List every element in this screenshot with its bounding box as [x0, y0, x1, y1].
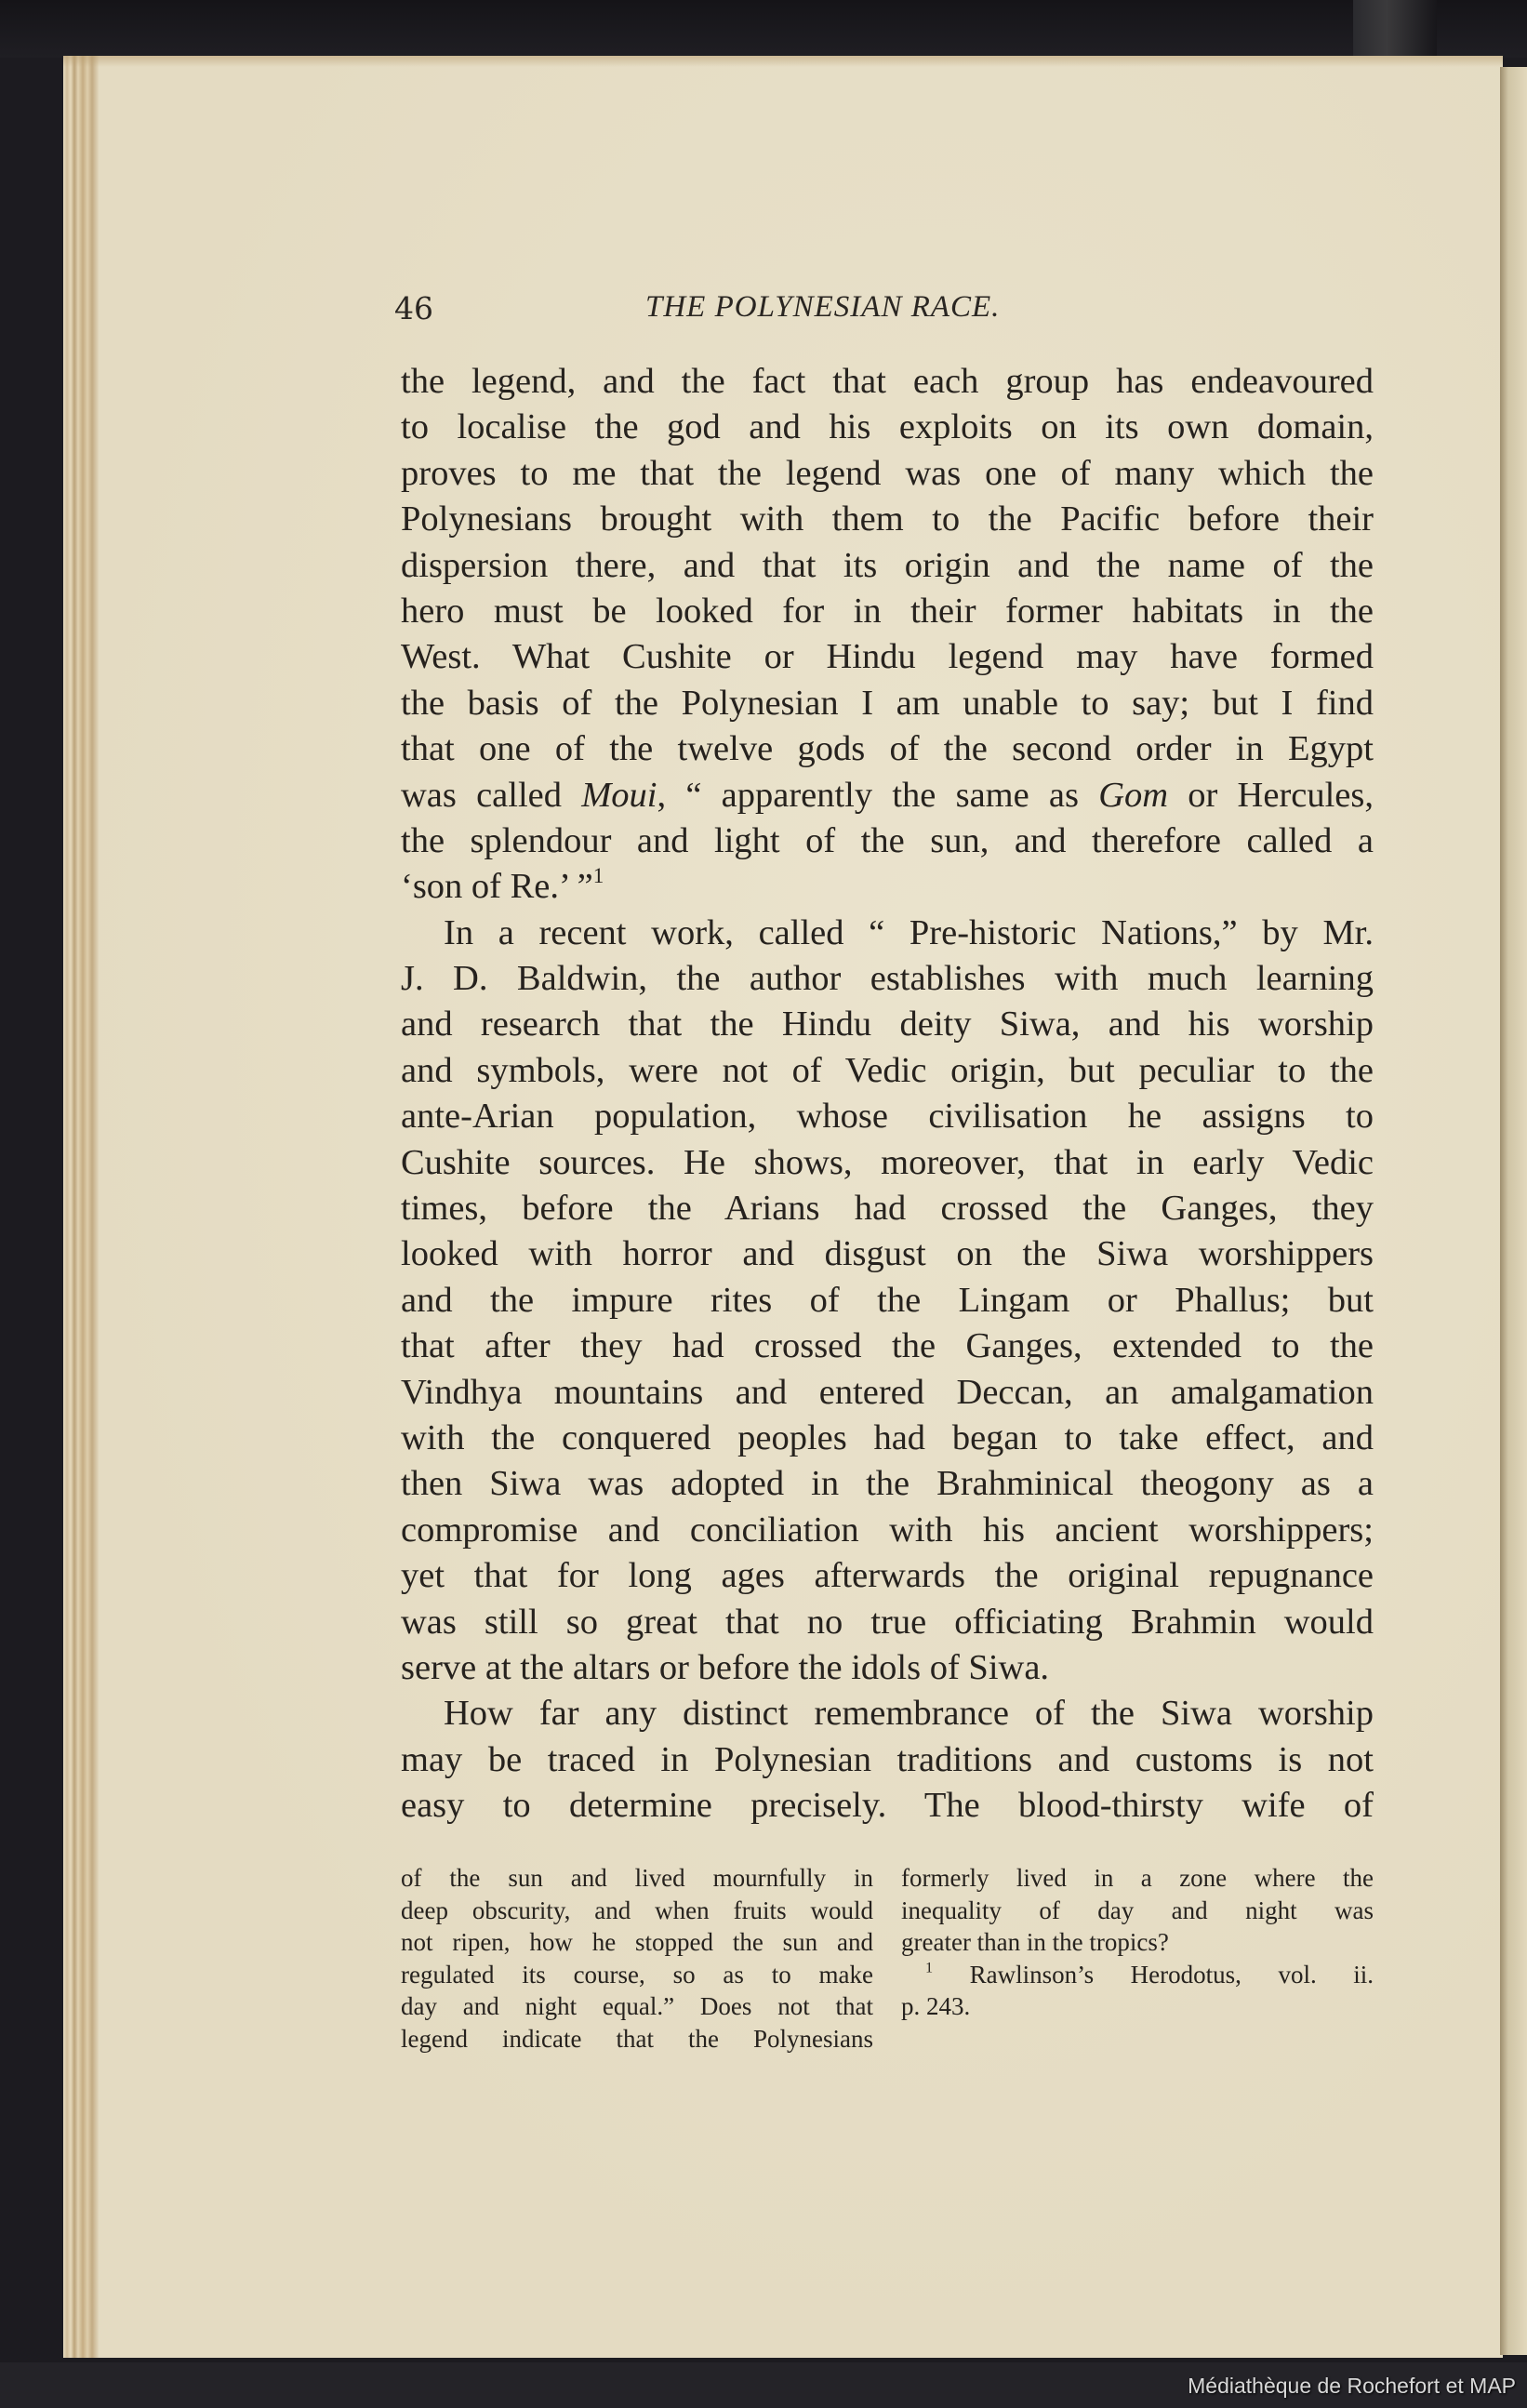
text-line: looked with horror and disgust on the Si…: [401, 1231, 1374, 1277]
text-line: yet that for long ages afterwards the or…: [401, 1553, 1374, 1599]
footnote-line: deep obscurity, and when fruits would: [401, 1895, 873, 1927]
body-text: the legend, and the fact that each group…: [401, 359, 1374, 1829]
binding-shadow: [1353, 0, 1437, 60]
footnote-column-right: formerly lived in a zone where the inequ…: [901, 1862, 1374, 2055]
footnote-line: inequality of day and night was: [901, 1895, 1374, 1927]
text-fragment: ‘son of Re.’ ”: [401, 867, 593, 906]
footnote-line: p. 243.: [901, 1990, 1374, 2023]
text-line-footnote-ref: ‘son of Re.’ ”1: [401, 864, 1374, 910]
italic-term-gom: Gom: [1098, 776, 1168, 815]
text-line: that one of the twelve gods of the secon…: [401, 726, 1374, 772]
text-line: and the impure rites of the Lingam or Ph…: [401, 1278, 1374, 1324]
text-line: with the conquered peoples had began to …: [401, 1416, 1374, 1461]
footnote-reference: 1 Rawlinson’s Herodotus, vol. ii.: [901, 1959, 1374, 1991]
text-line: may be traced in Polynesian traditions a…: [401, 1737, 1374, 1783]
text-line: the splendour and light of the sun, and …: [401, 818, 1374, 864]
page-top-edge: [63, 56, 1503, 67]
text-line: Cushite sources. He shows, moreover, tha…: [401, 1140, 1374, 1186]
text-line: Polynesians brought with them to the Pac…: [401, 497, 1374, 542]
text-line: easy to determine precisely. The blood-t…: [401, 1783, 1374, 1829]
page-edge-stack: [63, 56, 99, 2358]
facing-page-edge: [1500, 67, 1527, 2355]
footnotes: of the sun and lived mournfully in deep …: [401, 1862, 1374, 2055]
footnote-line: regulated its course, so as to make: [401, 1959, 873, 1991]
text-line: serve at the altars or before the idols …: [401, 1645, 1374, 1691]
footnote-line: day and night equal.” Does not that: [401, 1990, 873, 2023]
text-line: to localise the god and his exploits on …: [401, 405, 1374, 450]
text-fragment: was called: [401, 776, 581, 815]
text-line: West. What Cushite or Hindu legend may h…: [401, 634, 1374, 680]
footnote-line: greater than in the tropics?: [901, 1926, 1374, 1959]
text-line: and research that the Hindu deity Siwa, …: [401, 1002, 1374, 1047]
footnote-line: formerly lived in a zone where the: [901, 1862, 1374, 1895]
text-line: J. D. Baldwin, the author establishes wi…: [401, 956, 1374, 1002]
footnote-line: legend indicate that the Polynesians: [401, 2023, 873, 2055]
text-line: the legend, and the fact that each group…: [401, 359, 1374, 405]
text-line: hero must be looked for in their former …: [401, 589, 1374, 634]
footnote-line: of the sun and lived mournfully in: [401, 1862, 873, 1895]
text-line: compromise and conciliation with his anc…: [401, 1508, 1374, 1553]
text-line-moui: was called Moui, “ apparently the same a…: [401, 773, 1374, 818]
footnote-marker: 1: [593, 863, 604, 887]
text-line: Vindhya mountains and entered Deccan, an…: [401, 1370, 1374, 1416]
text-line: proves to me that the legend was one of …: [401, 451, 1374, 497]
text-line: How far any distinct remembrance of the …: [401, 1691, 1374, 1736]
text-line: that after they had crossed the Ganges, …: [401, 1324, 1374, 1369]
scan-backdrop: [0, 0, 1527, 58]
library-watermark: Médiathèque de Rochefort et MAP: [1188, 2374, 1516, 2399]
text-line: dispersion there, and that its origin an…: [401, 543, 1374, 589]
text-line: In a recent work, called “ Pre-historic …: [401, 911, 1374, 956]
text-line: times, before the Arians had crossed the…: [401, 1186, 1374, 1231]
text-line: ante-Arian population, whose civilisatio…: [401, 1094, 1374, 1139]
text-fragment: , “ apparently the same as: [657, 776, 1099, 815]
footnote-column-left: of the sun and lived mournfully in deep …: [401, 1862, 873, 2055]
text-fragment: or Hercules,: [1168, 776, 1374, 815]
text-line: was still so great that no true officiat…: [401, 1600, 1374, 1645]
page-header: 46 THE POLYNESIAN RACE.: [394, 290, 1371, 337]
text-line: the basis of the Polynesian I am unable …: [401, 681, 1374, 726]
footnote-citation: Rawlinson’s Herodotus, vol. ii.: [933, 1961, 1374, 1989]
page-number: 46: [394, 290, 433, 326]
footnote-line: not ripen, how he stopped the sun and: [401, 1926, 873, 1959]
text-line: and symbols, were not of Vedic origin, b…: [401, 1048, 1374, 1094]
text-line: then Siwa was adopted in the Brahminical…: [401, 1461, 1374, 1507]
running-title: THE POLYNESIAN RACE.: [645, 290, 1000, 325]
italic-term-moui: Moui: [581, 776, 657, 815]
footnote-marker: 1: [925, 1959, 933, 1976]
